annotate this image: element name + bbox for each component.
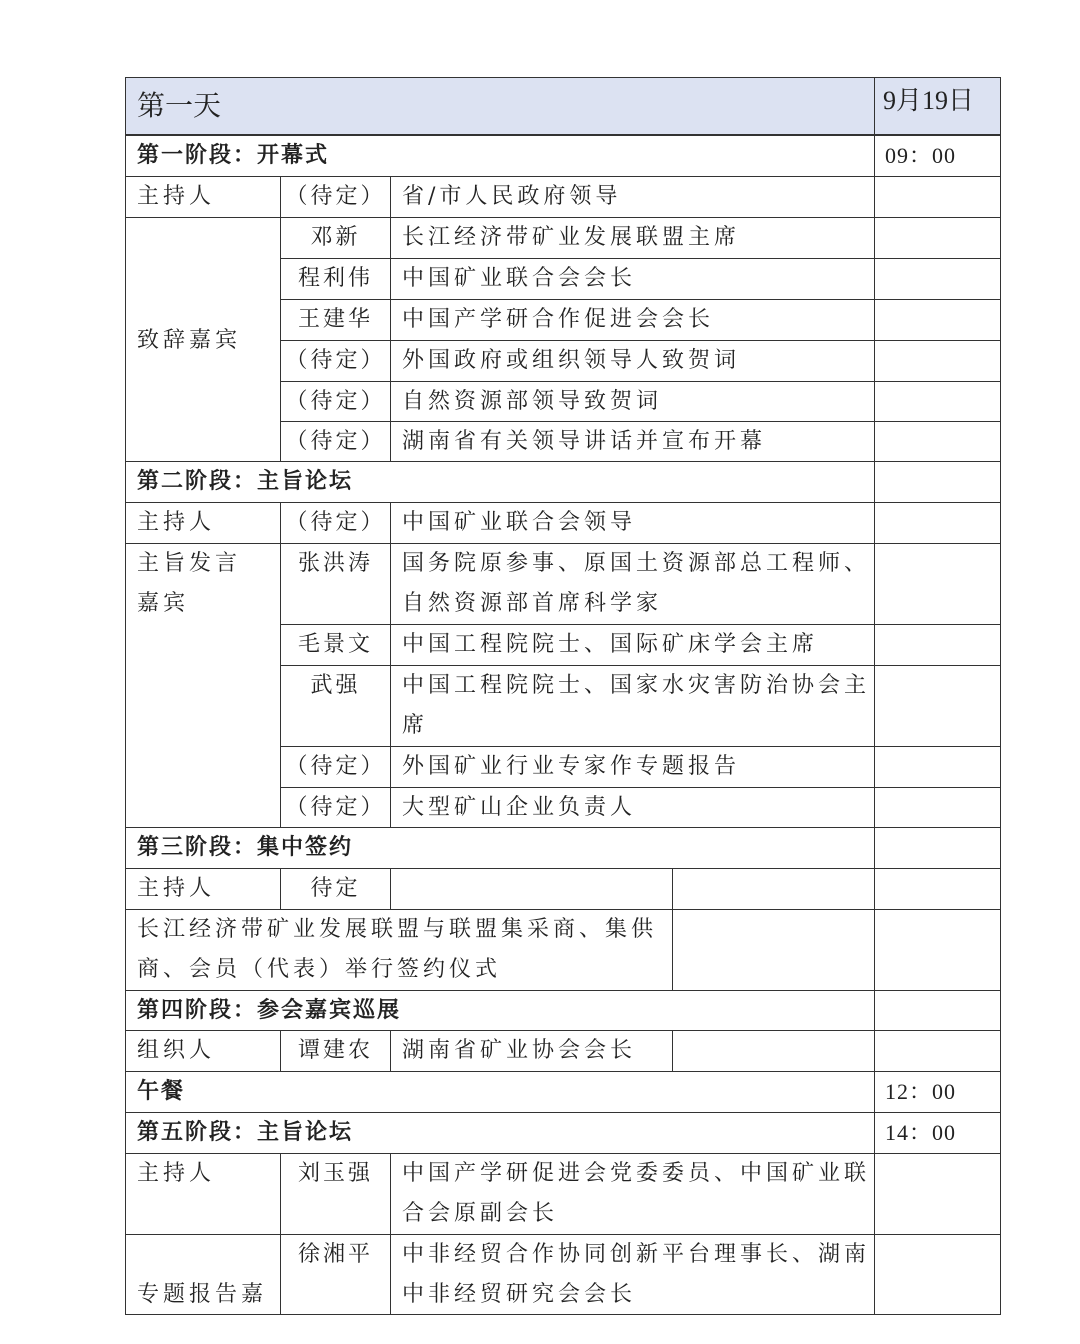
role-line-2: 席 [402,706,874,746]
speaker-name: （待定） [280,746,391,788]
stage-3-title: 第三阶段：集中签约 [125,827,875,869]
stage-2-time [874,461,1001,503]
lunch-time: 12：00 [874,1071,1001,1113]
speaker-role: 自然资源部领导致贺词 [390,381,875,422]
speaker-role: 中国工程院院士、国家水灾害防治协会主 席 [390,665,875,747]
time-cell [874,340,1001,382]
stage-4-extra [672,1030,875,1072]
stage-2-host-label: 主持人 [125,502,281,544]
stage-2-speakers-label: 主旨发言 嘉宾 [125,543,281,828]
time-cell [874,746,1001,788]
speaker-name: 张洪涛 [280,543,391,625]
date-cell: 9月19日 [874,77,1001,135]
stage-1-title: 第一阶段：开幕式 [125,135,875,177]
time-cell [874,543,1001,625]
speaker-name: （待定） [280,381,391,422]
speaker-name: 程利伟 [280,258,391,300]
role-line-2: 自然资源部首席科学家 [402,584,874,624]
time-cell [874,1234,1001,1315]
speaker-role: 外国矿业行业专家作专题报告 [390,746,875,788]
stage-5-report-label: 专题报告嘉 [125,1234,281,1315]
stage-2-host-name: （待定） [280,502,391,544]
stage-1-time: 09：00 [874,135,1001,177]
stage-1-speakers-label: 致辞嘉宾 [125,217,281,462]
time-cell [874,1030,1001,1072]
speaker-name: （待定） [280,787,391,828]
stage-1-host-time [874,176,1001,218]
role-line-2: 合会原副会长 [402,1194,874,1234]
speaker-role: 国务院原参事、原国土资源部总工程师、 自然资源部首席科学家 [390,543,875,625]
stage-3-host-label: 主持人 [125,868,281,910]
stage-2-host-role: 中国矿业联合会领导 [390,502,875,544]
stage-1-host-role: 省/市人民政府领导 [390,176,875,218]
stage-3-extra [672,868,875,910]
role-line-2: 中非经贸研究会会长 [402,1275,874,1315]
speaker-role: 中国产学研合作促进会会长 [390,299,875,341]
time-cell [874,217,1001,259]
speaker-role: 外国政府或组织领导人致贺词 [390,340,875,382]
speaker-name: 毛景文 [280,624,391,666]
speaker-role: 长江经济带矿业发展联盟主席 [390,217,875,259]
stage-5-host-role: 中国产学研促进会党委委员、中国矿业联 合会原副会长 [390,1153,875,1235]
desc-line-1: 长江经济带矿业发展联盟与联盟集采商、集供 [137,910,672,950]
stage-3-host-role [390,868,673,910]
role-line-1: 中国产学研促进会党委委员、中国矿业联 [402,1154,874,1194]
speaker-role: 湖南省有关领导讲话并宣布开幕 [390,421,875,462]
speaker-role: 大型矿山企业负责人 [390,787,875,828]
stage-3-description: 长江经济带矿业发展联盟与联盟集采商、集供 商、会员（代表）举行签约仪式 [125,909,673,991]
speaker-name: 武强 [280,665,391,747]
stage-4-title: 第四阶段：参会嘉宾巡展 [125,990,875,1031]
stage-5-host-name: 刘玉强 [280,1153,391,1235]
time-cell [874,381,1001,422]
stage-1-host-name: （待定） [280,176,391,218]
time-cell [874,1153,1001,1235]
role-line-1: 中非经贸合作协同创新平台理事长、湖南 [402,1235,874,1275]
stage-2-title: 第二阶段：主旨论坛 [125,461,875,503]
role-line-1: 国务院原参事、原国土资源部总工程师、 [402,544,874,584]
speaker-role: 中国矿业联合会会长 [390,258,875,300]
stage-5-report-role: 中非经贸合作协同创新平台理事长、湖南 中非经贸研究会会长 [390,1234,875,1315]
stage-3-extra [672,909,875,991]
time-cell [874,787,1001,828]
stage-4-time [874,990,1001,1031]
stage-5-time: 14：00 [874,1112,1001,1154]
time-cell [874,258,1001,300]
role-line-1: 中国工程院院士、国家水灾害防治协会主 [402,666,874,706]
time-cell [874,624,1001,666]
time-cell [874,665,1001,747]
stage-5-report-name: 徐湘平 [280,1234,391,1315]
lunch-title: 午餐 [125,1071,875,1113]
time-cell [874,909,1001,991]
label-line-1: 主旨发言 [137,544,280,584]
speaker-role: 中国工程院院士、国际矿床学会主席 [390,624,875,666]
stage-5-host-label: 主持人 [125,1153,281,1235]
stage-4-organizer-label: 组织人 [125,1030,281,1072]
day-title: 第一天 [125,77,875,135]
stage-4-organizer-role: 湖南省矿业协会会长 [390,1030,673,1072]
desc-line-2: 商、会员（代表）举行签约仪式 [137,950,672,990]
stage-3-host-name: 待定 [280,868,391,910]
time-cell [874,868,1001,910]
stage-4-organizer-name: 谭建农 [280,1030,391,1072]
stage-5-title: 第五阶段：主旨论坛 [125,1112,875,1154]
speaker-name: 邓新 [280,217,391,259]
time-cell [874,502,1001,544]
stage-3-time [874,827,1001,869]
label-line-2: 嘉宾 [137,584,280,624]
stage-1-host-label: 主持人 [125,176,281,218]
speaker-name: （待定） [280,421,391,462]
time-cell [874,421,1001,462]
time-cell [874,299,1001,341]
speaker-name: （待定） [280,340,391,382]
speaker-name: 王建华 [280,299,391,341]
